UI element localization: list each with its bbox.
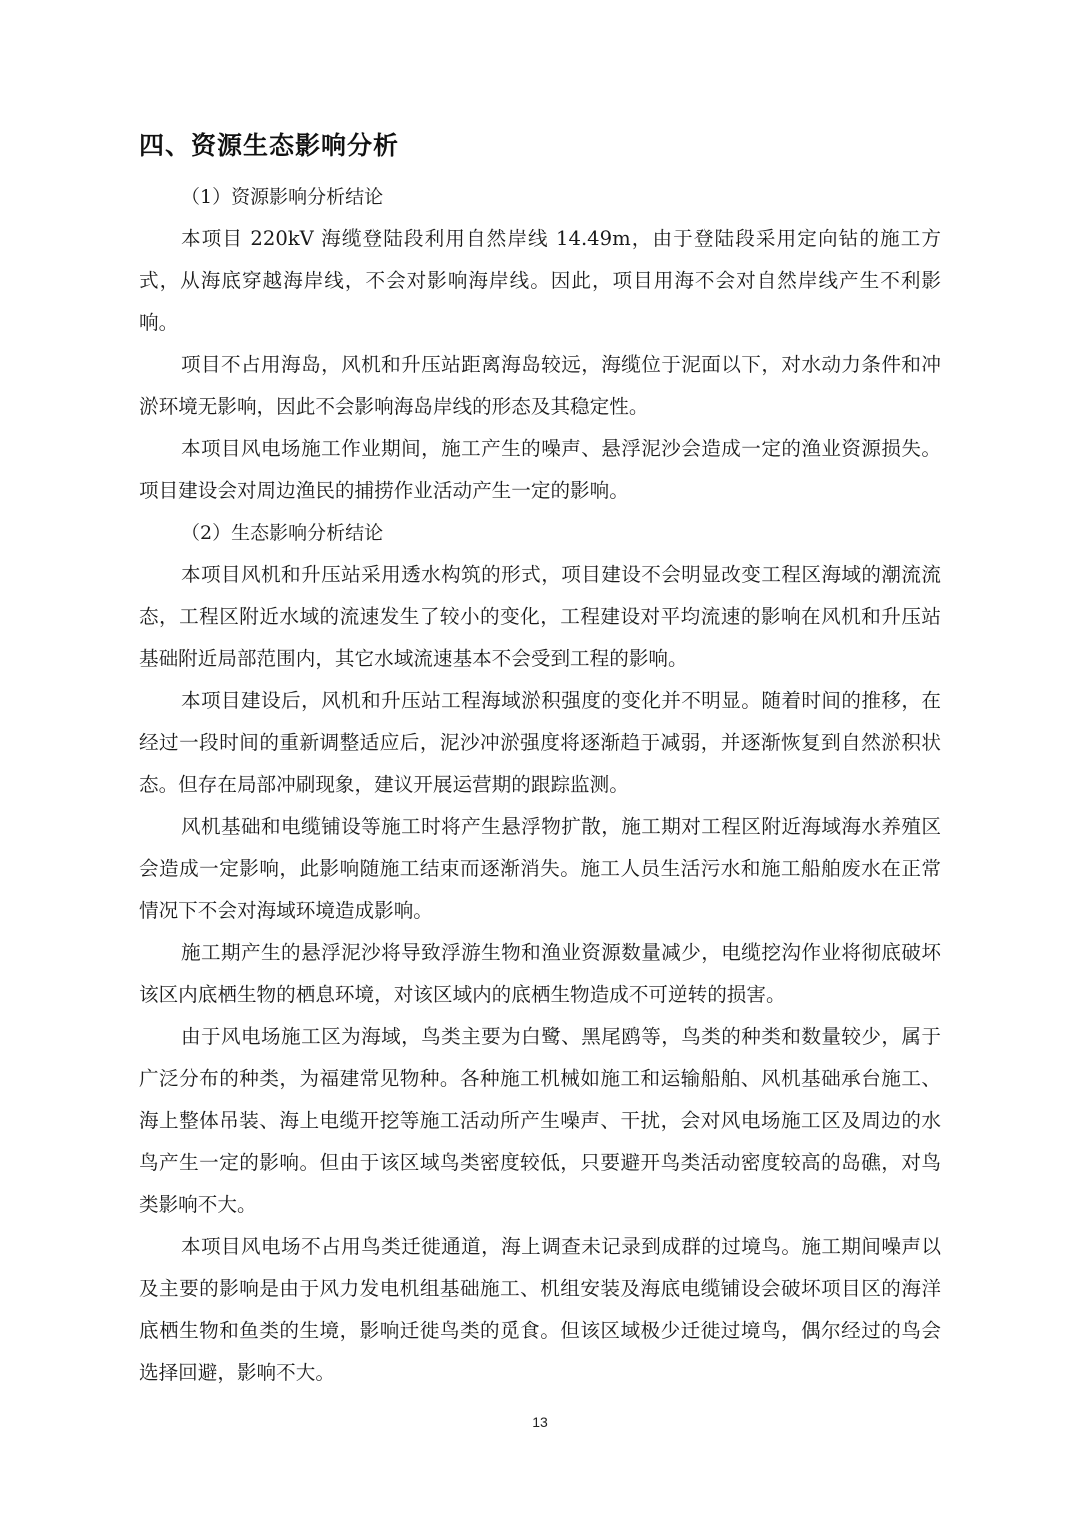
section-heading: 四、资源生态影响分析 — [139, 126, 941, 166]
paragraph: 本项目风机和升压站采用透水构筑的形式，项目建设不会明显改变工程区海域的潮流流态，… — [139, 554, 941, 680]
document-page: 四、资源生态影响分析 （1）资源影响分析结论 本项目 220kV 海缆登陆段利用… — [139, 126, 941, 1394]
section-resource-impact: （1）资源影响分析结论 本项目 220kV 海缆登陆段利用自然岸线 14.49m… — [139, 176, 941, 512]
section-ecological-impact: （2）生态影响分析结论 本项目风机和升压站采用透水构筑的形式，项目建设不会明显改… — [139, 512, 941, 1394]
subsection-title: （1）资源影响分析结论 — [139, 176, 941, 218]
paragraph: 风机基础和电缆铺设等施工时将产生悬浮物扩散，施工期对工程区附近海域海水养殖区会造… — [139, 806, 941, 932]
page-number: 13 — [0, 1414, 1080, 1430]
paragraph: 本项目 220kV 海缆登陆段利用自然岸线 14.49m，由于登陆段采用定向钻的… — [139, 218, 941, 344]
paragraph: 项目不占用海岛，风机和升压站距离海岛较远，海缆位于泥面以下，对水动力条件和冲淤环… — [139, 344, 941, 428]
subsection-title: （2）生态影响分析结论 — [139, 512, 941, 554]
paragraph: 由于风电场施工区为海域，鸟类主要为白鹭、黑尾鸥等，鸟类的种类和数量较少，属于广泛… — [139, 1016, 941, 1226]
paragraph: 施工期产生的悬浮泥沙将导致浮游生物和渔业资源数量减少，电缆挖沟作业将彻底破坏该区… — [139, 932, 941, 1016]
paragraph: 本项目风电场不占用鸟类迁徙通道，海上调查未记录到成群的过境鸟。施工期间噪声以及主… — [139, 1226, 941, 1394]
paragraph: 本项目风电场施工作业期间，施工产生的噪声、悬浮泥沙会造成一定的渔业资源损失。项目… — [139, 428, 941, 512]
paragraph: 本项目建设后，风机和升压站工程海域淤积强度的变化并不明显。随着时间的推移，在经过… — [139, 680, 941, 806]
